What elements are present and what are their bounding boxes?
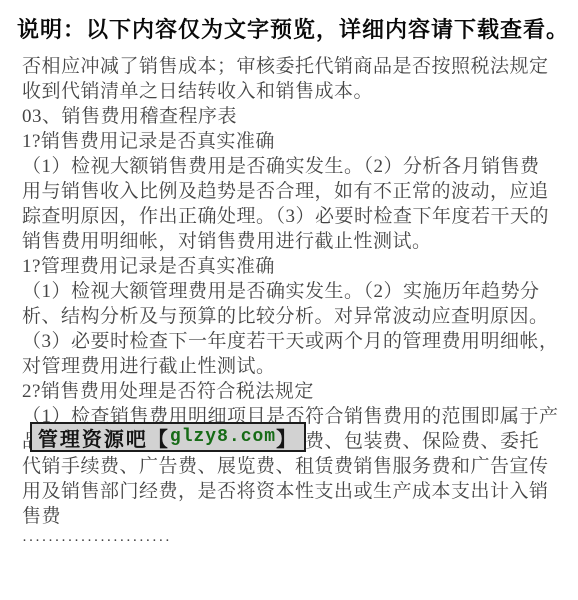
watermark-site-name: 管理资源吧 (38, 423, 148, 452)
text-line: 1?管理费用记录是否真实准确 (22, 254, 567, 279)
text-line: 用与销售收入比例及趋势是否合理，如有不正常的波动，应追 (22, 179, 567, 204)
watermark-bracket-close: 】 (276, 423, 298, 452)
text-line: 2?销售费用处理是否符合税法规定 (22, 379, 567, 404)
text-line: 否相应冲减了销售成本；审核委托代销商品是否按照税法规定 (22, 54, 567, 79)
document-body: 否相应冲减了销售成本；审核委托代销商品是否按照税法规定 收到代销清单之日结转收入… (22, 54, 567, 554)
document-preview-page: 说明：以下内容仅为文字预览，详细内容请下载查看。 否相应冲减了销售成本；审核委托… (0, 0, 578, 600)
text-fragment-right: 费、包装费、保险费、委托 (305, 429, 539, 454)
watermark-bracket-open: 【 (148, 423, 170, 452)
watermark-url: glzy8.com (170, 427, 276, 447)
text-line: 踪查明原因，作出正确处理。（3）必要时检查下年度若干天的 (22, 204, 567, 229)
text-line: 03、销售费用稽查程序表 (22, 104, 567, 129)
ellipsis-line: ······················· (22, 529, 567, 554)
text-line: （3）必要时检查下一年度若干天或两个月的管理费用明细帐， (22, 329, 567, 354)
text-line: 代销手续费、广告费、展览费、租赁费销售服务费和广告宣传 (22, 454, 567, 479)
text-line: （1）检视大额管理费用是否确实发生。（2）实施历年趋势分 (22, 279, 567, 304)
text-line: 1?销售费用记录是否真实准确 (22, 129, 567, 154)
text-line: （1）检视大额销售费用是否确实发生。（2）分析各月销售费 (22, 154, 567, 179)
text-line: 对管理费用进行截止性测试。 (22, 354, 567, 379)
watermark-banner: 管理资源吧 【 glzy8.com 】 (30, 422, 306, 452)
text-line: 析、结构分析及与预算的比较分析。对异常波动应查明原因。 (22, 304, 567, 329)
text-line: 售费 (22, 504, 567, 529)
text-line: 收到代销清单之日结转收入和销售成本。 (22, 79, 567, 104)
preview-notice: 说明：以下内容仅为文字预览，详细内容请下载查看。 (17, 13, 569, 44)
text-line: 销售费用明细帐，对销售费用进行截止性测试。 (22, 229, 567, 254)
text-line: 用及销售部门经费，是否将资本性支出或生产成本支出计入销 (22, 479, 567, 504)
